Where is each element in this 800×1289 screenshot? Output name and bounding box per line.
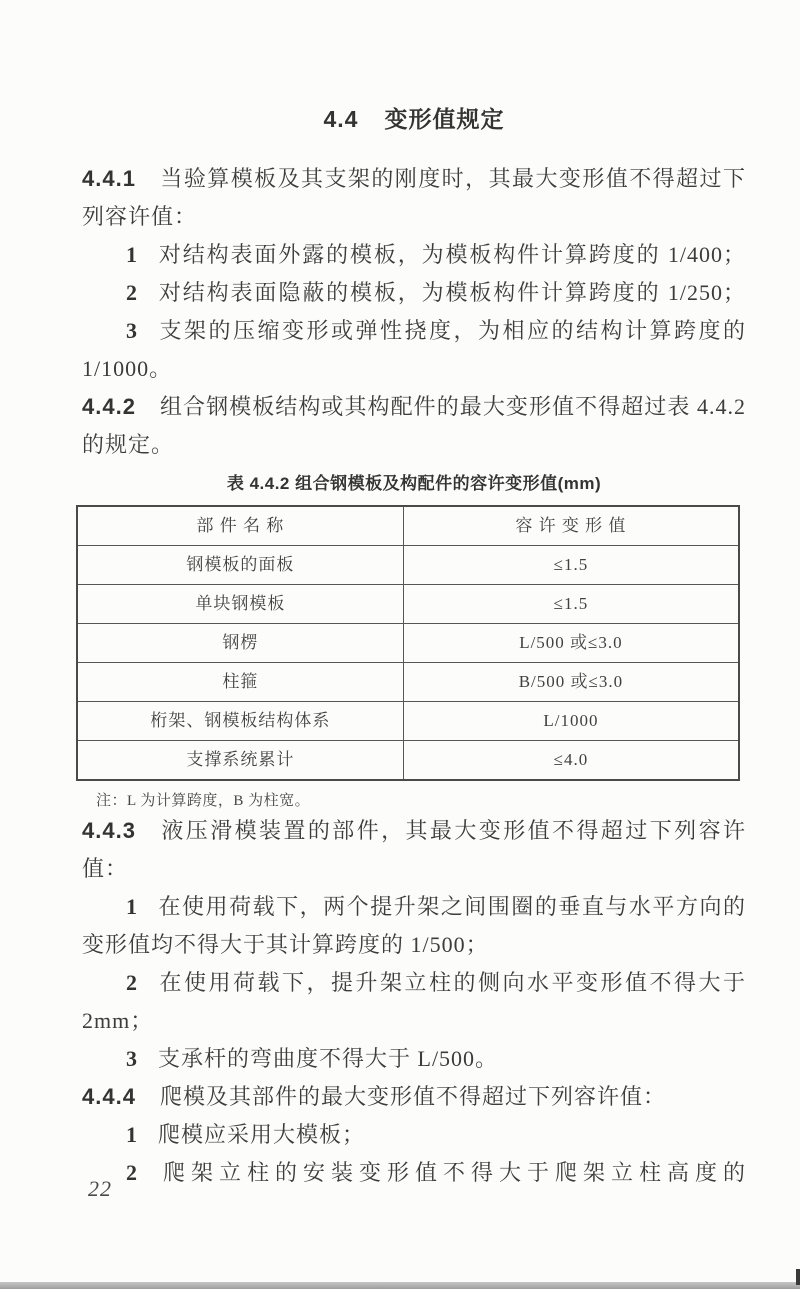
table-cell-name: 支撑系统累计 [77, 741, 403, 781]
clause-4-4-4: 4.4.4爬模及其部件的最大变形值不得超过下列容许值： [82, 1078, 746, 1116]
document-page: 4.4变形值规定 4.4.1当验算模板及其支架的刚度时，其最大变形值不得超过下列… [82, 0, 746, 1192]
table-row: 钢模板的面板 ≤1.5 [77, 546, 739, 585]
table-header-row: 部 件 名 称 容 许 变 形 值 [77, 506, 739, 546]
item-text: 支架的压缩变形或弹性挠度，为相应的结构计算跨度的 1/1000。 [82, 318, 746, 381]
table-caption: 表 4.4.2 组合钢模板及构配件的容许变形值(mm) [82, 472, 746, 496]
item-text: 在使用荷载下，两个提升架之间围圈的垂直与水平方向的变形值均不得大于其计算跨度的 … [82, 894, 746, 957]
section-number: 4.4 [324, 106, 359, 132]
table-4-4-2: 部 件 名 称 容 许 变 形 值 钢模板的面板 ≤1.5 单块钢模板 ≤1.5… [76, 505, 740, 781]
table-cell-value: ≤4.0 [403, 741, 739, 781]
section-title-text: 变形值规定 [384, 106, 504, 132]
clause-text: 组合钢模板结构或其构配件的最大变形值不得超过表 4.4.2 的规定。 [82, 394, 746, 457]
item-text: 对结构表面隐蔽的模板，为模板构件计算跨度的 1/250； [158, 280, 746, 305]
table-cell-name: 钢楞 [77, 624, 403, 663]
clause-4-4-1: 4.4.1当验算模板及其支架的刚度时，其最大变形值不得超过下列容许值： [82, 160, 746, 236]
item-number: 1 [126, 894, 138, 919]
table-note: 注：L 为计算跨度，B 为柱宽。 [82, 791, 746, 812]
clause-4-4-3-item-2: 2在使用荷载下，提升架立柱的侧向水平变形值不得大于 2mm； [82, 964, 746, 1040]
table-row: 柱箍 B/500 或≤3.0 [77, 663, 739, 702]
clause-4-4-3-item-1: 1在使用荷载下，两个提升架之间围圈的垂直与水平方向的变形值均不得大于其计算跨度的… [82, 888, 746, 964]
clause-4-4-3-item-3: 3支承杆的弯曲度不得大于 L/500。 [82, 1040, 746, 1078]
item-number: 3 [126, 1046, 138, 1071]
item-text: 对结构表面外露的模板，为模板构件计算跨度的 1/400； [158, 242, 746, 267]
table-cell-value: ≤1.5 [403, 585, 739, 624]
item-text: 爬模应采用大模板； [158, 1122, 365, 1147]
scan-corner-mark [796, 1269, 800, 1285]
table-cell-name: 柱箍 [77, 663, 403, 702]
item-text: 在使用荷载下，提升架立柱的侧向水平变形值不得大于 2mm； [82, 970, 746, 1033]
clause-number: 4.4.2 [82, 394, 136, 419]
table-row: 钢楞 L/500 或≤3.0 [77, 624, 739, 663]
table-cell-value: L/500 或≤3.0 [403, 624, 739, 663]
table-row: 支撑系统累计 ≤4.0 [77, 741, 739, 781]
clause-4-4-1-item-3: 3支架的压缩变形或弹性挠度，为相应的结构计算跨度的 1/1000。 [82, 312, 746, 388]
clause-text: 当验算模板及其支架的刚度时，其最大变形值不得超过下列容许值： [82, 166, 746, 229]
item-text: 爬架立柱的安装变形值不得大于爬架立柱高度的 [158, 1160, 746, 1185]
clause-4-4-1-item-1: 1对结构表面外露的模板，为模板构件计算跨度的 1/400； [82, 236, 746, 274]
table-row: 桁架、钢模板结构体系 L/1000 [77, 702, 739, 741]
item-number: 2 [126, 1160, 138, 1185]
clause-text: 爬模及其部件的最大变形值不得超过下列容许值： [160, 1084, 666, 1109]
page-bottom-edge [0, 1282, 800, 1289]
clause-text: 液压滑模装置的部件，其最大变形值不得超过下列容许值： [82, 818, 746, 881]
table-cell-name: 单块钢模板 [77, 585, 403, 624]
table-cell-value: B/500 或≤3.0 [403, 663, 739, 702]
table-cell-name: 桁架、钢模板结构体系 [77, 702, 403, 741]
table-cell-value: ≤1.5 [403, 546, 739, 585]
item-number: 1 [126, 242, 138, 267]
clause-4-4-4-item-1: 1爬模应采用大模板； [82, 1116, 746, 1154]
clause-4-4-3: 4.4.3液压滑模装置的部件，其最大变形值不得超过下列容许值： [82, 812, 746, 888]
section-title: 4.4变形值规定 [82, 104, 746, 134]
item-number: 2 [126, 280, 138, 305]
clause-number: 4.4.3 [82, 818, 136, 843]
item-text: 支承杆的弯曲度不得大于 L/500。 [158, 1046, 498, 1071]
clause-4-4-1-item-2: 2对结构表面隐蔽的模板，为模板构件计算跨度的 1/250； [82, 274, 746, 312]
table-cell-name: 钢模板的面板 [77, 546, 403, 585]
item-number: 1 [126, 1122, 138, 1147]
clause-4-4-2: 4.4.2组合钢模板结构或其构配件的最大变形值不得超过表 4.4.2 的规定。 [82, 388, 746, 464]
table-header-component-name: 部 件 名 称 [77, 506, 403, 546]
table-cell-value: L/1000 [403, 702, 739, 741]
page-number: 22 [88, 1176, 112, 1202]
clause-4-4-4-item-2: 2爬架立柱的安装变形值不得大于爬架立柱高度的 [82, 1154, 746, 1192]
clause-number: 4.4.4 [82, 1084, 136, 1109]
table-row: 单块钢模板 ≤1.5 [77, 585, 739, 624]
item-number: 3 [126, 318, 138, 343]
table-header-allowable-value: 容 许 变 形 值 [403, 506, 739, 546]
clause-number: 4.4.1 [82, 166, 136, 191]
item-number: 2 [126, 970, 138, 995]
